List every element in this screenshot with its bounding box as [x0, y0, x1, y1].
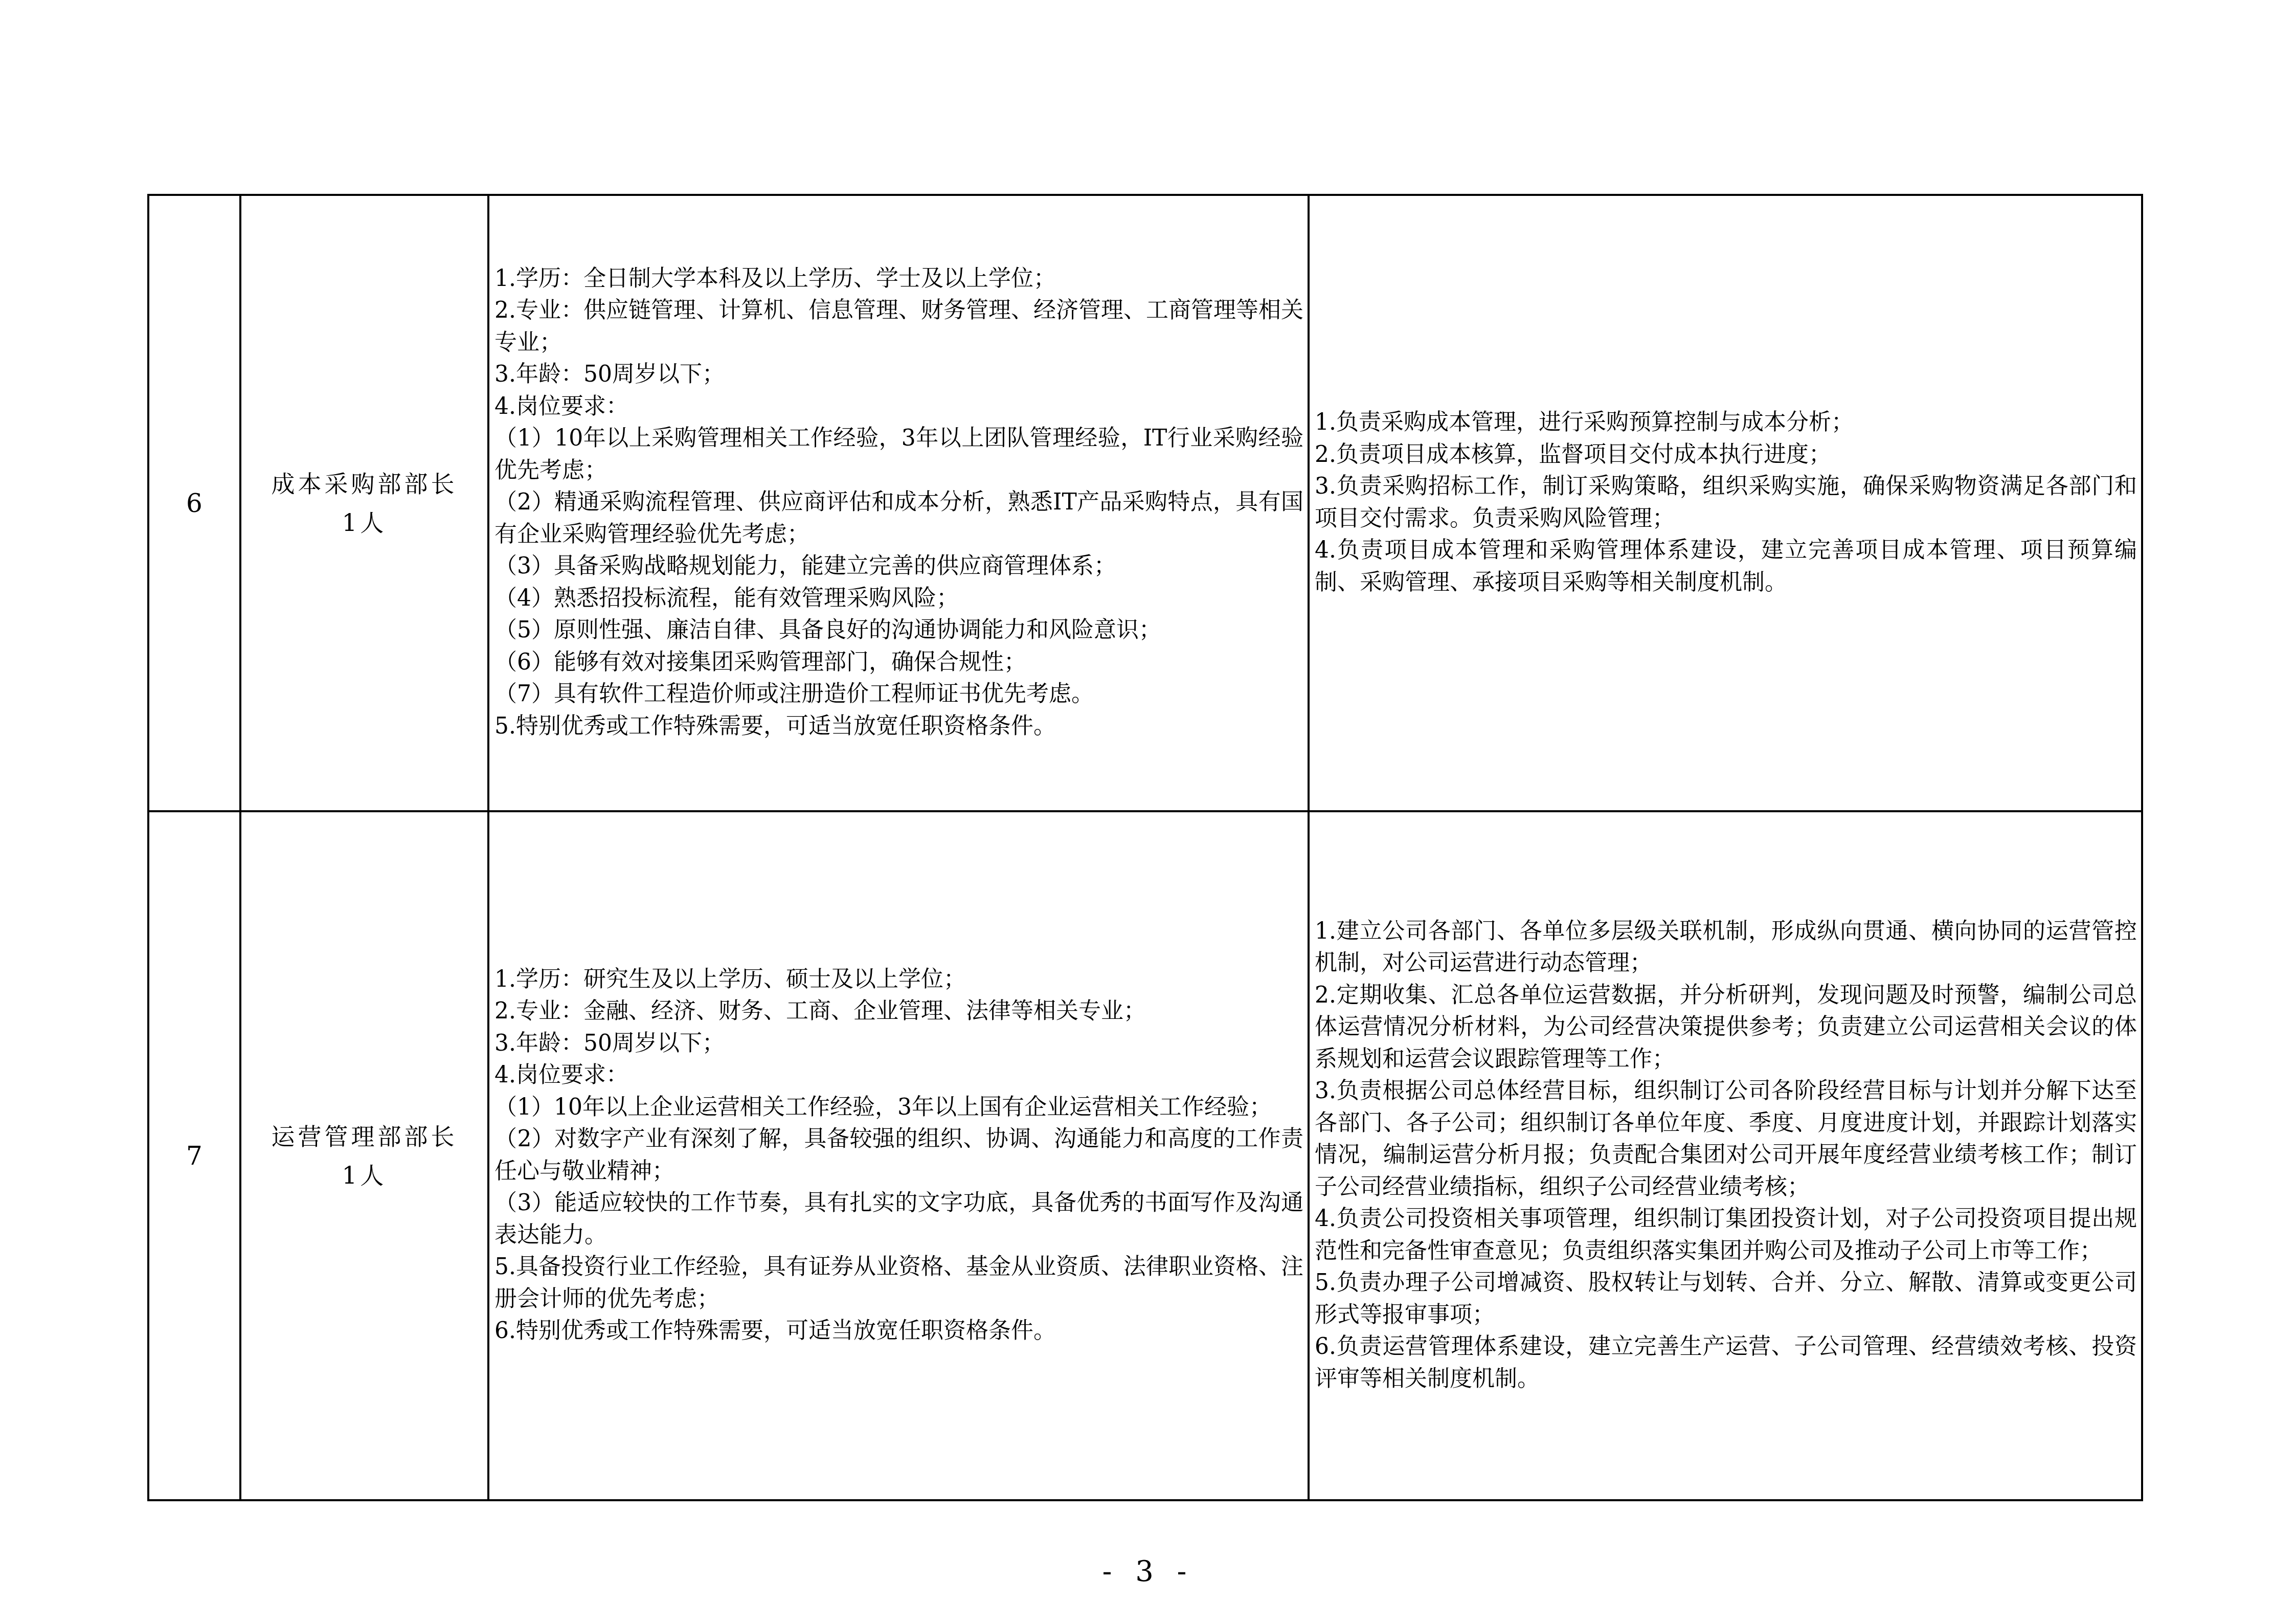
requirements-cell: 1.学历：全日制大学本科及以上学历、学士及以上学位； 2.专业：供应链管理、计算…	[488, 195, 1309, 811]
duty-item: 6.负责运营管理体系建设，建立完善生产运营、子公司管理、经营绩效考核、投资评审等…	[1315, 1331, 2137, 1395]
duty-item: 2.定期收集、汇总各单位运营数据，并分析研判，发现问题及时预警，编制公司总体运营…	[1315, 980, 2137, 1076]
duty-item: 2.负责项目成本核算，监督项目交付成本执行进度；	[1315, 439, 2137, 471]
requirement-item: 4.岗位要求：	[494, 391, 1303, 423]
headcount: 1人	[241, 1156, 487, 1195]
duty-item: 4.负责项目成本管理和采购管理体系建设，建立完善项目成本管理、项目预算编制、采购…	[1315, 535, 2137, 598]
requirement-item: 3.年龄：50周岁以下；	[494, 359, 1303, 391]
requirement-item: 6.特别优秀或工作特殊需要，可适当放宽任职资格条件。	[494, 1315, 1303, 1347]
duty-item: 1.负责采购成本管理，进行采购预算控制与成本分析；	[1315, 407, 2137, 439]
duties-cell: 1.负责采购成本管理，进行采购预算控制与成本分析； 2.负责项目成本核算，监督项…	[1309, 195, 2142, 811]
table-row: 7 运营管理部部长 1人 1.学历：研究生及以上学历、硕士及以上学位； 2.专业…	[148, 811, 2142, 1500]
position-cell: 成本采购部部长 1人	[240, 195, 488, 811]
requirement-item: （3）具备采购战略规划能力，能建立完善的供应商管理体系；	[494, 550, 1303, 583]
page-number: - 3 -	[0, 1555, 2296, 1588]
requirement-item: 2.专业：供应链管理、计算机、信息管理、财务管理、经济管理、工商管理等相关专业；	[494, 295, 1303, 359]
requirement-item: 1.学历：全日制大学本科及以上学历、学士及以上学位；	[494, 263, 1303, 295]
requirement-item: 2.专业：金融、经济、财务、工商、企业管理、法律等相关专业；	[494, 995, 1303, 1028]
requirement-item: （3）能适应较快的工作节奏，具有扎实的文字功底，具备优秀的书面写作及沟通表达能力…	[494, 1187, 1303, 1251]
row-number: 7	[148, 811, 240, 1500]
requirement-item: （6）能够有效对接集团采购管理部门，确保合规性；	[494, 647, 1303, 679]
requirement-item: （2）对数字产业有深刻了解，具备较强的组织、协调、沟通能力和高度的工作责任心与敬…	[494, 1123, 1303, 1187]
positions-table: 6 成本采购部部长 1人 1.学历：全日制大学本科及以上学历、学士及以上学位； …	[147, 194, 2143, 1501]
requirement-item: （4）熟悉招投标流程，能有效管理采购风险；	[494, 583, 1303, 615]
duty-item: 3.负责采购招标工作，制订采购策略，组织采购实施，确保采购物资满足各部门和项目交…	[1315, 471, 2137, 535]
requirement-item: 3.年龄：50周岁以下；	[494, 1028, 1303, 1060]
requirements-cell: 1.学历：研究生及以上学历、硕士及以上学位； 2.专业：金融、经济、财务、工商、…	[488, 811, 1309, 1500]
requirement-item: 5.具备投资行业工作经验，具有证券从业资格、基金从业资质、法律职业资格、注册会计…	[494, 1251, 1303, 1315]
duty-item: 4.负责公司投资相关事项管理，组织制订集团投资计划，对子公司投资项目提出规范性和…	[1315, 1203, 2137, 1267]
requirement-item: （7）具有软件工程造价师或注册造价工程师证书优先考虑。	[494, 678, 1303, 710]
requirement-item: 5.特别优秀或工作特殊需要，可适当放宽任职资格条件。	[494, 710, 1303, 743]
headcount: 1人	[241, 503, 487, 542]
duties-cell: 1.建立公司各部门、各单位多层级关联机制，形成纵向贯通、横向协同的运营管控机制，…	[1309, 811, 2142, 1500]
position-cell: 运营管理部部长 1人	[240, 811, 488, 1500]
row-number: 6	[148, 195, 240, 811]
requirement-item: （1）10年以上企业运营相关工作经验，3年以上国有企业运营相关工作经验；	[494, 1092, 1303, 1124]
requirement-item: 4.岗位要求：	[494, 1059, 1303, 1092]
requirement-item: （5）原则性强、廉洁自律、具备良好的沟通协调能力和风险意识；	[494, 614, 1303, 647]
requirement-item: （1）10年以上采购管理相关工作经验，3年以上团队管理经验，IT行业采购经验优先…	[494, 422, 1303, 486]
duty-item: 3.负责根据公司总体经营目标，组织制订公司各阶段经营目标与计划并分解下达至各部门…	[1315, 1075, 2137, 1203]
table-row: 6 成本采购部部长 1人 1.学历：全日制大学本科及以上学历、学士及以上学位； …	[148, 195, 2142, 811]
duty-item: 5.负责办理子公司增减资、股权转让与划转、合并、分立、解散、清算或变更公司形式等…	[1315, 1267, 2137, 1331]
position-title: 运营管理部部长	[241, 1117, 487, 1156]
requirement-item: 1.学历：研究生及以上学历、硕士及以上学位；	[494, 964, 1303, 996]
duty-item: 1.建立公司各部门、各单位多层级关联机制，形成纵向贯通、横向协同的运营管控机制，…	[1315, 916, 2137, 980]
requirement-item: （2）精通采购流程管理、供应商评估和成本分析，熟悉IT产品采购特点，具有国有企业…	[494, 486, 1303, 550]
position-title: 成本采购部部长	[241, 464, 487, 503]
